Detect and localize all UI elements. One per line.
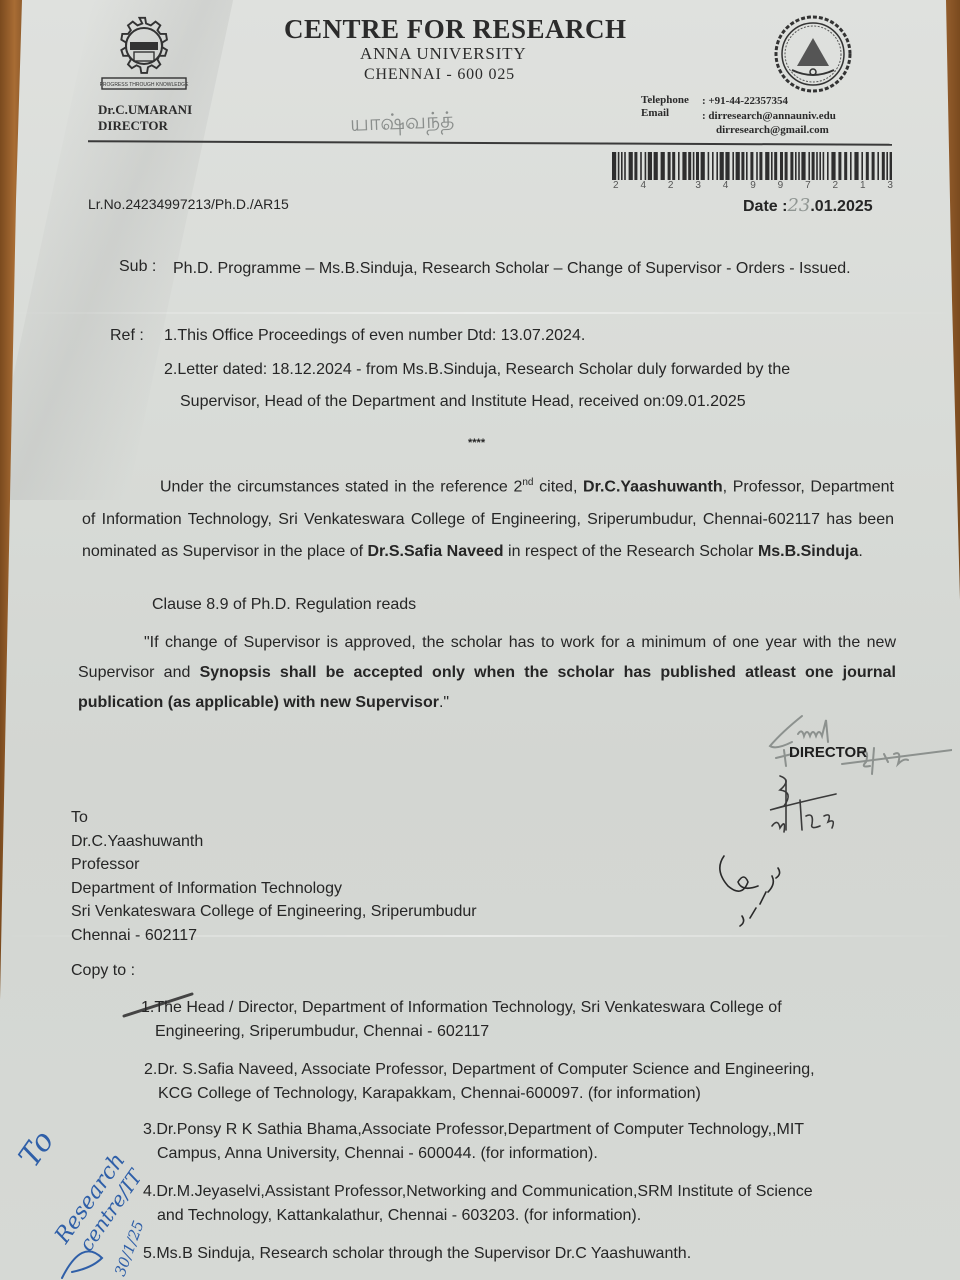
director-name: Dr.C.UMARANI (98, 102, 192, 118)
svg-text:PROGRESS THROUGH KNOWLEDGE: PROGRESS THROUGH KNOWLEDGE (100, 82, 189, 88)
copy-to-label: Copy to : (71, 962, 135, 980)
to-label: To (71, 806, 477, 830)
old-supervisor-name: Dr.S.Safia Naveed (368, 543, 504, 560)
copy-to-item: 1.The Head / Director, Department of Inf… (141, 996, 881, 1044)
email-primary: : dirresearch@annauniv.edu (702, 110, 836, 122)
barcode-digit: 3 (887, 180, 893, 191)
ref-item-2-cont: Supervisor, Head of the Department and I… (180, 393, 746, 411)
date-handwritten-day: 23 (787, 195, 810, 216)
ref-item-2: 2.Letter dated: 18.12.2024 - from Ms.B.S… (164, 361, 790, 379)
date-printed: .01.2025 (810, 198, 872, 215)
university-city: CHENNAI - 600 025 (364, 66, 515, 84)
regulation-quote: "If change of Supervisor is approved, th… (78, 628, 896, 718)
addressee-city: Chennai - 602117 (71, 924, 477, 948)
subject-label: Sub : (119, 258, 156, 276)
clause-intro: Clause 8.9 of Ph.D. Regulation reads (152, 596, 416, 614)
barcode-digit: 3 (695, 180, 701, 191)
svg-text:30/1/25: 30/1/25 (111, 1218, 148, 1278)
header-divider (88, 140, 892, 146)
copy-to-item: 2.Dr. S.Safia Naveed, Associate Professo… (144, 1058, 914, 1106)
director-title: DIRECTOR (98, 118, 168, 134)
letter-date: Date :23.01.2025 (743, 195, 873, 216)
second-signature (762, 770, 872, 840)
barcode-digit: 1 (860, 180, 866, 191)
barcode-digits: 24234997213 (613, 180, 893, 191)
scholar-name: Ms.B.Sinduja (758, 543, 858, 560)
new-supervisor-name: Dr.C.Yaashuwanth (583, 478, 723, 495)
handwritten-tamil-name: யாஷ்வந்த் (350, 108, 455, 140)
centre-for-research-seal-icon (770, 14, 856, 94)
handwritten-forward-note: To Research centre/IT 30/1/25 (2, 1108, 172, 1280)
director-signatory-label: DIRECTOR (789, 744, 867, 761)
addressee-department: Department of Information Technology (71, 877, 477, 901)
letter-number: Lr.No.24234997213/Ph.D./AR15 (88, 196, 289, 212)
telephone-number: : +91-44-22357354 (702, 95, 788, 107)
third-signature (712, 848, 812, 938)
ref-label: Ref : (110, 327, 144, 345)
barcode-digit: 9 (750, 180, 756, 191)
university-name: ANNA UNIVERSITY (360, 44, 526, 64)
email-label: Email (641, 107, 669, 119)
barcode-digit: 2 (833, 180, 839, 191)
section-separator: **** (468, 437, 485, 449)
barcode-digit: 7 (805, 180, 811, 191)
addressee-name: Dr.C.Yaashuwanth (71, 830, 477, 854)
addressee-institution: Sri Venkateswara College of Engineering,… (71, 900, 477, 924)
letterhead-title: CENTRE FOR RESEARCH (284, 14, 627, 45)
ref-item-1: 1.This Office Proceedings of even number… (164, 327, 585, 345)
copy-to-item: 5.Ms.B Sinduja, Research scholar through… (143, 1242, 913, 1266)
addressee-block: To Dr.C.Yaashuwanth Professor Department… (71, 806, 477, 947)
barcode-digit: 9 (778, 180, 784, 191)
addressee-designation: Professor (71, 853, 477, 877)
copy-to-item: 4.Dr.M.Jeyaselvi,Assistant Professor,Net… (143, 1180, 913, 1228)
telephone-label: Telephone (641, 94, 689, 106)
date-label: Date : (743, 198, 787, 215)
barcode-digit: 2 (613, 180, 619, 191)
barcode-digit: 4 (640, 180, 646, 191)
copy-to-item: 3.Dr.Ponsy R K Sathia Bhama,Associate Pr… (143, 1118, 913, 1166)
barcode (612, 152, 892, 180)
barcode-digit: 4 (723, 180, 729, 191)
barcode-digit: 2 (668, 180, 674, 191)
svg-text:To: To (12, 1124, 61, 1173)
letter-paper: PROGRESS THROUGH KNOWLEDGE CENTRE FOR RE… (0, 0, 960, 1280)
body-paragraph: Under the circumstances stated in the re… (82, 467, 894, 569)
subject-text: Ph.D. Programme – Ms.B.Sinduja, Research… (173, 258, 863, 280)
email-secondary: dirresearch@gmail.com (716, 124, 829, 136)
paper-fold (0, 312, 960, 314)
anna-university-logo-icon: PROGRESS THROUGH KNOWLEDGE (92, 12, 196, 94)
